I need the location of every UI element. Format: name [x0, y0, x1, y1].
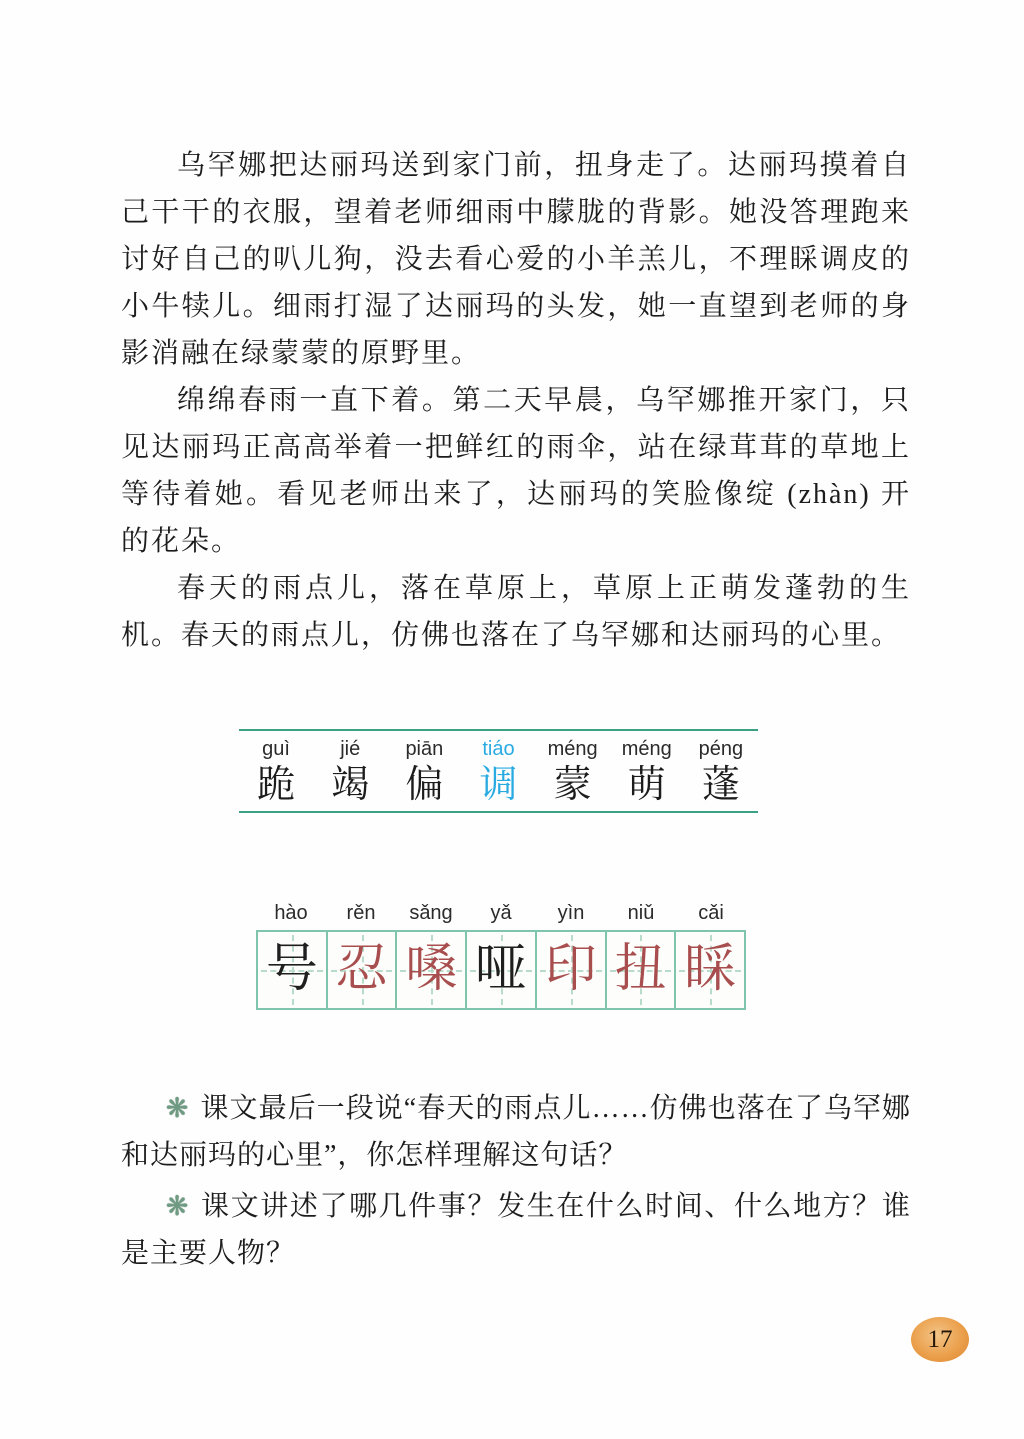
- flower-bullet-icon: ❋: [166, 1093, 189, 1123]
- grid-cell: 扭: [605, 932, 675, 1008]
- pinyin-label: sǎng: [396, 900, 466, 926]
- hanzi-character: 竭: [331, 761, 369, 809]
- question-text: 课文最后一段说“春天的雨点儿……仿佛也落在了乌罕娜和达丽玛的心里”，你怎样理解这…: [121, 1093, 911, 1171]
- paragraph-1: 乌罕娜把达丽玛送到家门前，扭身走了。达丽玛摸着自己干干的衣服，望着老师细雨中朦胧…: [121, 142, 911, 377]
- hanzi-character: 扭: [614, 932, 666, 1008]
- hanzi-character: 嗓: [405, 932, 457, 1008]
- page-number: 17: [928, 1326, 953, 1354]
- after-text-questions: ❋课文最后一段说“春天的雨点儿……仿佛也落在了乌罕娜和达丽玛的心里”，你怎样理解…: [121, 1085, 911, 1281]
- pinyin-label: tiáo: [482, 737, 514, 761]
- vocab-item: guì 跪: [239, 731, 313, 811]
- pinyin-label: méng: [622, 737, 672, 761]
- grid-cell: 哑: [465, 932, 535, 1008]
- paragraph-3: 春天的雨点儿，落在草原上，草原上正萌发蓬勃的生机。春天的雨点儿，仿佛也落在了乌罕…: [121, 565, 911, 659]
- hanzi-character: 印: [545, 932, 597, 1008]
- grid-cell: 印: [535, 932, 605, 1008]
- hanzi-character: 哑: [475, 932, 527, 1008]
- paragraph-2: 绵绵春雨一直下着。第二天早晨，乌罕娜推开家门，只见达丽玛正高高举着一把鲜红的雨伞…: [121, 377, 911, 565]
- pinyin-label: guì: [262, 737, 290, 761]
- pinyin-label: rěn: [326, 900, 396, 926]
- textbook-page: 乌罕娜把达丽玛送到家门前，扭身走了。达丽玛摸着自己干干的衣服，望着老师细雨中朦胧…: [0, 0, 1024, 1439]
- hanzi-character: 跪: [257, 761, 295, 809]
- vocab-item: jié 竭: [313, 731, 387, 811]
- grid-cell: 睬: [674, 932, 744, 1008]
- lesson-body-text: 乌罕娜把达丽玛送到家门前，扭身走了。达丽玛摸着自己干干的衣服，望着老师细雨中朦胧…: [121, 142, 911, 659]
- vocab-item: méng 萌: [610, 731, 684, 811]
- flower-bullet-icon: ❋: [166, 1191, 189, 1221]
- page-number-badge: 17: [911, 1317, 969, 1362]
- hanzi-character: 睬: [684, 932, 736, 1008]
- hanzi-character: 调: [479, 761, 517, 809]
- pinyin-label: cǎi: [676, 900, 746, 926]
- question-2: ❋课文讲述了哪几件事？发生在什么时间、什么地方？谁是主要人物？: [121, 1183, 911, 1277]
- hanzi-character: 萌: [628, 761, 666, 809]
- pinyin-label: yìn: [536, 900, 606, 926]
- pinyin-label: péng: [699, 737, 744, 761]
- hanzi-character: 号: [266, 932, 318, 1008]
- hanzi-character: 忍: [336, 932, 388, 1008]
- grid-cell: 忍: [326, 932, 396, 1008]
- hanzi-character: 蒙: [554, 761, 592, 809]
- hanzi-character: 蓬: [702, 761, 740, 809]
- pinyin-label: méng: [548, 737, 598, 761]
- vocab-item: méng 蒙: [536, 731, 610, 811]
- hanzi-character: 偏: [405, 761, 443, 809]
- pinyin-label: yǎ: [466, 900, 536, 926]
- recognize-characters-box: guì 跪 jié 竭 piān 偏 tiáo 调 méng 蒙 méng 萌 …: [239, 729, 758, 813]
- vocab-item: péng 蓬: [684, 731, 758, 811]
- grid-cell: 号: [258, 932, 326, 1008]
- question-1: ❋课文最后一段说“春天的雨点儿……仿佛也落在了乌罕娜和达丽玛的心里”，你怎样理解…: [121, 1085, 911, 1179]
- pinyin-label: piān: [405, 737, 443, 761]
- pinyin-label: hào: [256, 900, 326, 926]
- writing-practice-grid: 号 忍 嗓 哑 印 扭 睬: [256, 930, 746, 1010]
- vocab-item-highlighted: tiáo 调: [461, 731, 535, 811]
- pinyin-label: jié: [340, 737, 360, 761]
- vocab-item: piān 偏: [387, 731, 461, 811]
- write-characters-pinyin-row: hào rěn sǎng yǎ yìn niǔ cǎi: [256, 900, 746, 926]
- grid-cell: 嗓: [395, 932, 465, 1008]
- question-text: 课文讲述了哪几件事？发生在什么时间、什么地方？谁是主要人物？: [121, 1191, 911, 1269]
- pinyin-label: niǔ: [606, 900, 676, 926]
